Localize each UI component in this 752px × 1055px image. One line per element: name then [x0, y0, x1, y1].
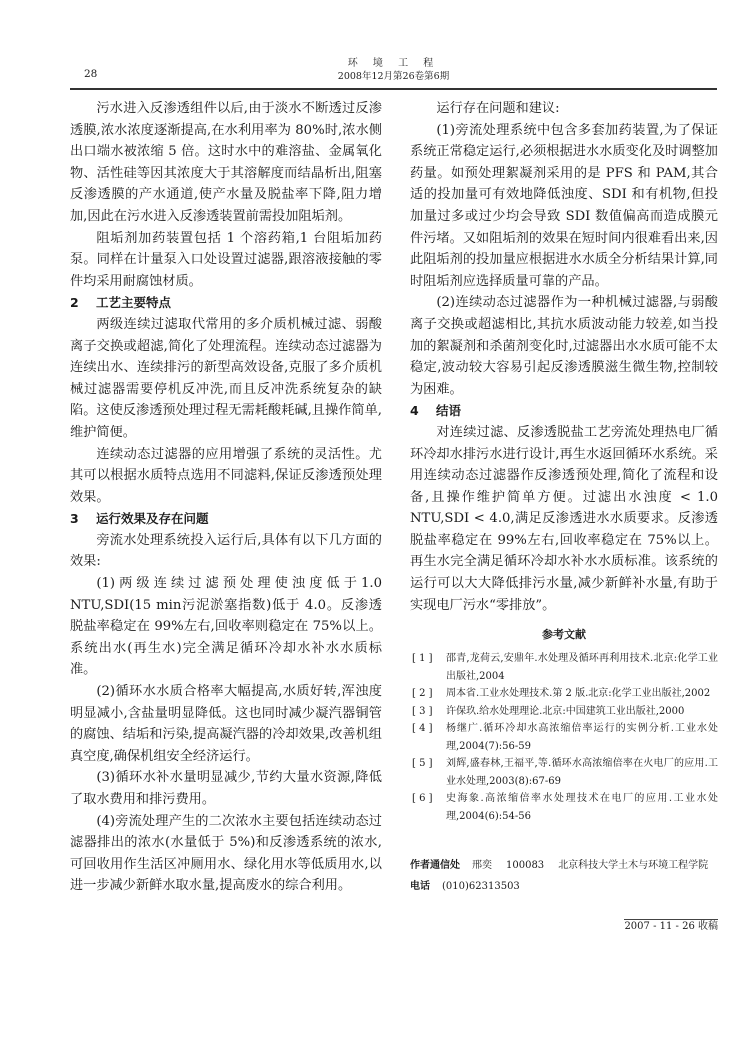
paragraph: (4)旁流处理产生的二次浓水主要包括连续动态过滤器排出的浓水(水量低于 5%)和… [70, 811, 382, 897]
section-heading-4: 4结语 [410, 400, 718, 422]
reference-item: [ 6 ] 史海象.高浓缩倍率水处理技术在电厂的应用.工业水处理,2004(6)… [410, 790, 718, 825]
reference-item: [ 1 ] 邵青,龙荷云,安鼎年.水处理及循环再利用技术.北京:化学工业出版社,… [410, 650, 718, 685]
paragraph: 运行存在问题和建议: [410, 98, 718, 120]
reference-number: [ 5 ] [410, 755, 446, 790]
reference-item: [ 2 ] 周本省.工业水处理技术.第 2 版.北京:化学工业出版社,2002 [410, 685, 718, 703]
received-date: 2007 - 11 - 26 收稿 [410, 919, 718, 935]
paragraph: 阻垢剂加药装置包括 1 个溶药箱,1 台阻垢加药泵。同样在计量泵入口处设置过滤器… [70, 228, 382, 293]
reference-number: [ 2 ] [410, 685, 446, 703]
phone-line: 电话(010)62313503 [410, 876, 718, 897]
reference-list: [ 1 ] 邵青,龙荷云,安鼎年.水处理及循环再利用技术.北京:化学工业出版社,… [410, 650, 718, 825]
journal-name: 环 境 工 程 [70, 54, 717, 69]
author-name: 邢奕 [472, 860, 492, 871]
paragraph: 污水进入反渗透组件以后,由于淡水不断透过反渗透膜,浓水浓度逐渐提高,在水利用率为… [70, 98, 382, 228]
reference-number: [ 6 ] [410, 790, 446, 825]
section-number: 2 [70, 292, 96, 314]
paragraph: (1)旁流处理系统中包含多套加药装置,为了保证系统正常稳定运行,必须根据进水水质… [410, 120, 718, 293]
reference-item: [ 5 ] 刘辉,盛春林,王福平,等.循环水高浓缩倍率在火电厂的应用.工业水处理… [410, 755, 718, 790]
paragraph: (2)循环水水质合格率大幅提高,水质好转,浑浊度明显减小,含盐量明显降低。这也同… [70, 681, 382, 767]
paragraph: (2)连续动态过滤器作为一种机械过滤器,与弱酸离子交换或超滤相比,其抗水质波动能… [410, 292, 718, 400]
author-contact: 作者通信处邢奕100083北京科技大学土木与环境工程学院 电话(010)6231… [410, 855, 718, 897]
author-label: 作者通信处 [410, 860, 460, 871]
author-address: 北京科技大学土木与环境工程学院 [558, 860, 708, 871]
header-divider [70, 88, 717, 90]
section-title: 结语 [436, 403, 461, 418]
section-title: 运行效果及存在问题 [96, 511, 209, 526]
reference-item: [ 4 ] 杨继广.循环冷却水高浓缩倍率运行的实例分析.工业水处理,2004(7… [410, 720, 718, 755]
author-address-line: 作者通信处邢奕100083北京科技大学土木与环境工程学院 [410, 855, 718, 876]
reference-text: 史海象.高浓缩倍率水处理技术在电厂的应用.工业水处理,2004(6):54-56 [446, 790, 718, 825]
left-column: 污水进入反渗透组件以后,由于淡水不断透过反渗透膜,浓水浓度逐渐提高,在水利用率为… [70, 98, 382, 897]
paragraph: (1)两级连续过滤预处理使浊度低于1.0 NTU,SDI(15 min污泥淤塞指… [70, 573, 382, 681]
reference-text: 许保玖.给水处理理论.北京:中国建筑工业出版社,2000 [446, 703, 718, 721]
section-heading-3: 3运行效果及存在问题 [70, 508, 382, 530]
section-title: 工艺主要特点 [96, 295, 171, 310]
author-postcode: 100083 [506, 860, 544, 871]
reference-text: 杨继广.循环冷却水高浓缩倍率运行的实例分析.工业水处理,2004(7):56-5… [446, 720, 718, 755]
reference-item: [ 3 ] 许保玖.给水处理理论.北京:中国建筑工业出版社,2000 [410, 703, 718, 721]
page-header: 环 境 工 程 2008年12月第26卷第6期 28 [70, 54, 717, 90]
phone-number: (010)62313503 [442, 881, 520, 892]
section-number: 3 [70, 508, 96, 530]
section-number: 4 [410, 400, 436, 422]
paragraph: (3)循环水补水量明显减少,节约大量水资源,降低了取水费用和排污费用。 [70, 767, 382, 810]
reference-text: 周本省.工业水处理技术.第 2 版.北京:化学工业出版社,2002 [446, 685, 718, 703]
reference-number: [ 4 ] [410, 720, 446, 755]
reference-text: 邵青,龙荷云,安鼎年.水处理及循环再利用技术.北京:化学工业出版社,2004 [446, 650, 718, 685]
right-column: 运行存在问题和建议: (1)旁流处理系统中包含多套加药装置,为了保证系统正常稳定… [410, 98, 718, 935]
phone-label: 电话 [410, 881, 430, 892]
paragraph: 旁流水处理系统投入运行后,具体有以下几方面的效果: [70, 530, 382, 573]
section-heading-2: 2工艺主要特点 [70, 292, 382, 314]
paragraph: 两级连续过滤取代常用的多介质机械过滤、弱酸离子交换或超滤,简化了处理流程。连续动… [70, 314, 382, 444]
paragraph: 对连续过滤、反渗透脱盐工艺旁流处理热电厂循环冷却水排污水进行设计,再生水返回循环… [410, 422, 718, 616]
issue-info: 2008年12月第26卷第6期 [70, 68, 717, 82]
received-date-text: 2007 - 11 - 26 收稿 [624, 919, 718, 932]
page-number: 28 [84, 68, 97, 80]
references-title: 参考文献 [410, 626, 718, 644]
reference-number: [ 1 ] [410, 650, 446, 685]
reference-text: 刘辉,盛春林,王福平,等.循环水高浓缩倍率在火电厂的应用.工业水处理,2003(… [446, 755, 718, 790]
reference-number: [ 3 ] [410, 703, 446, 721]
paragraph: 连续动态过滤器的应用增强了系统的灵活性。尤其可以根据水质特点选用不同滤料,保证反… [70, 444, 382, 509]
